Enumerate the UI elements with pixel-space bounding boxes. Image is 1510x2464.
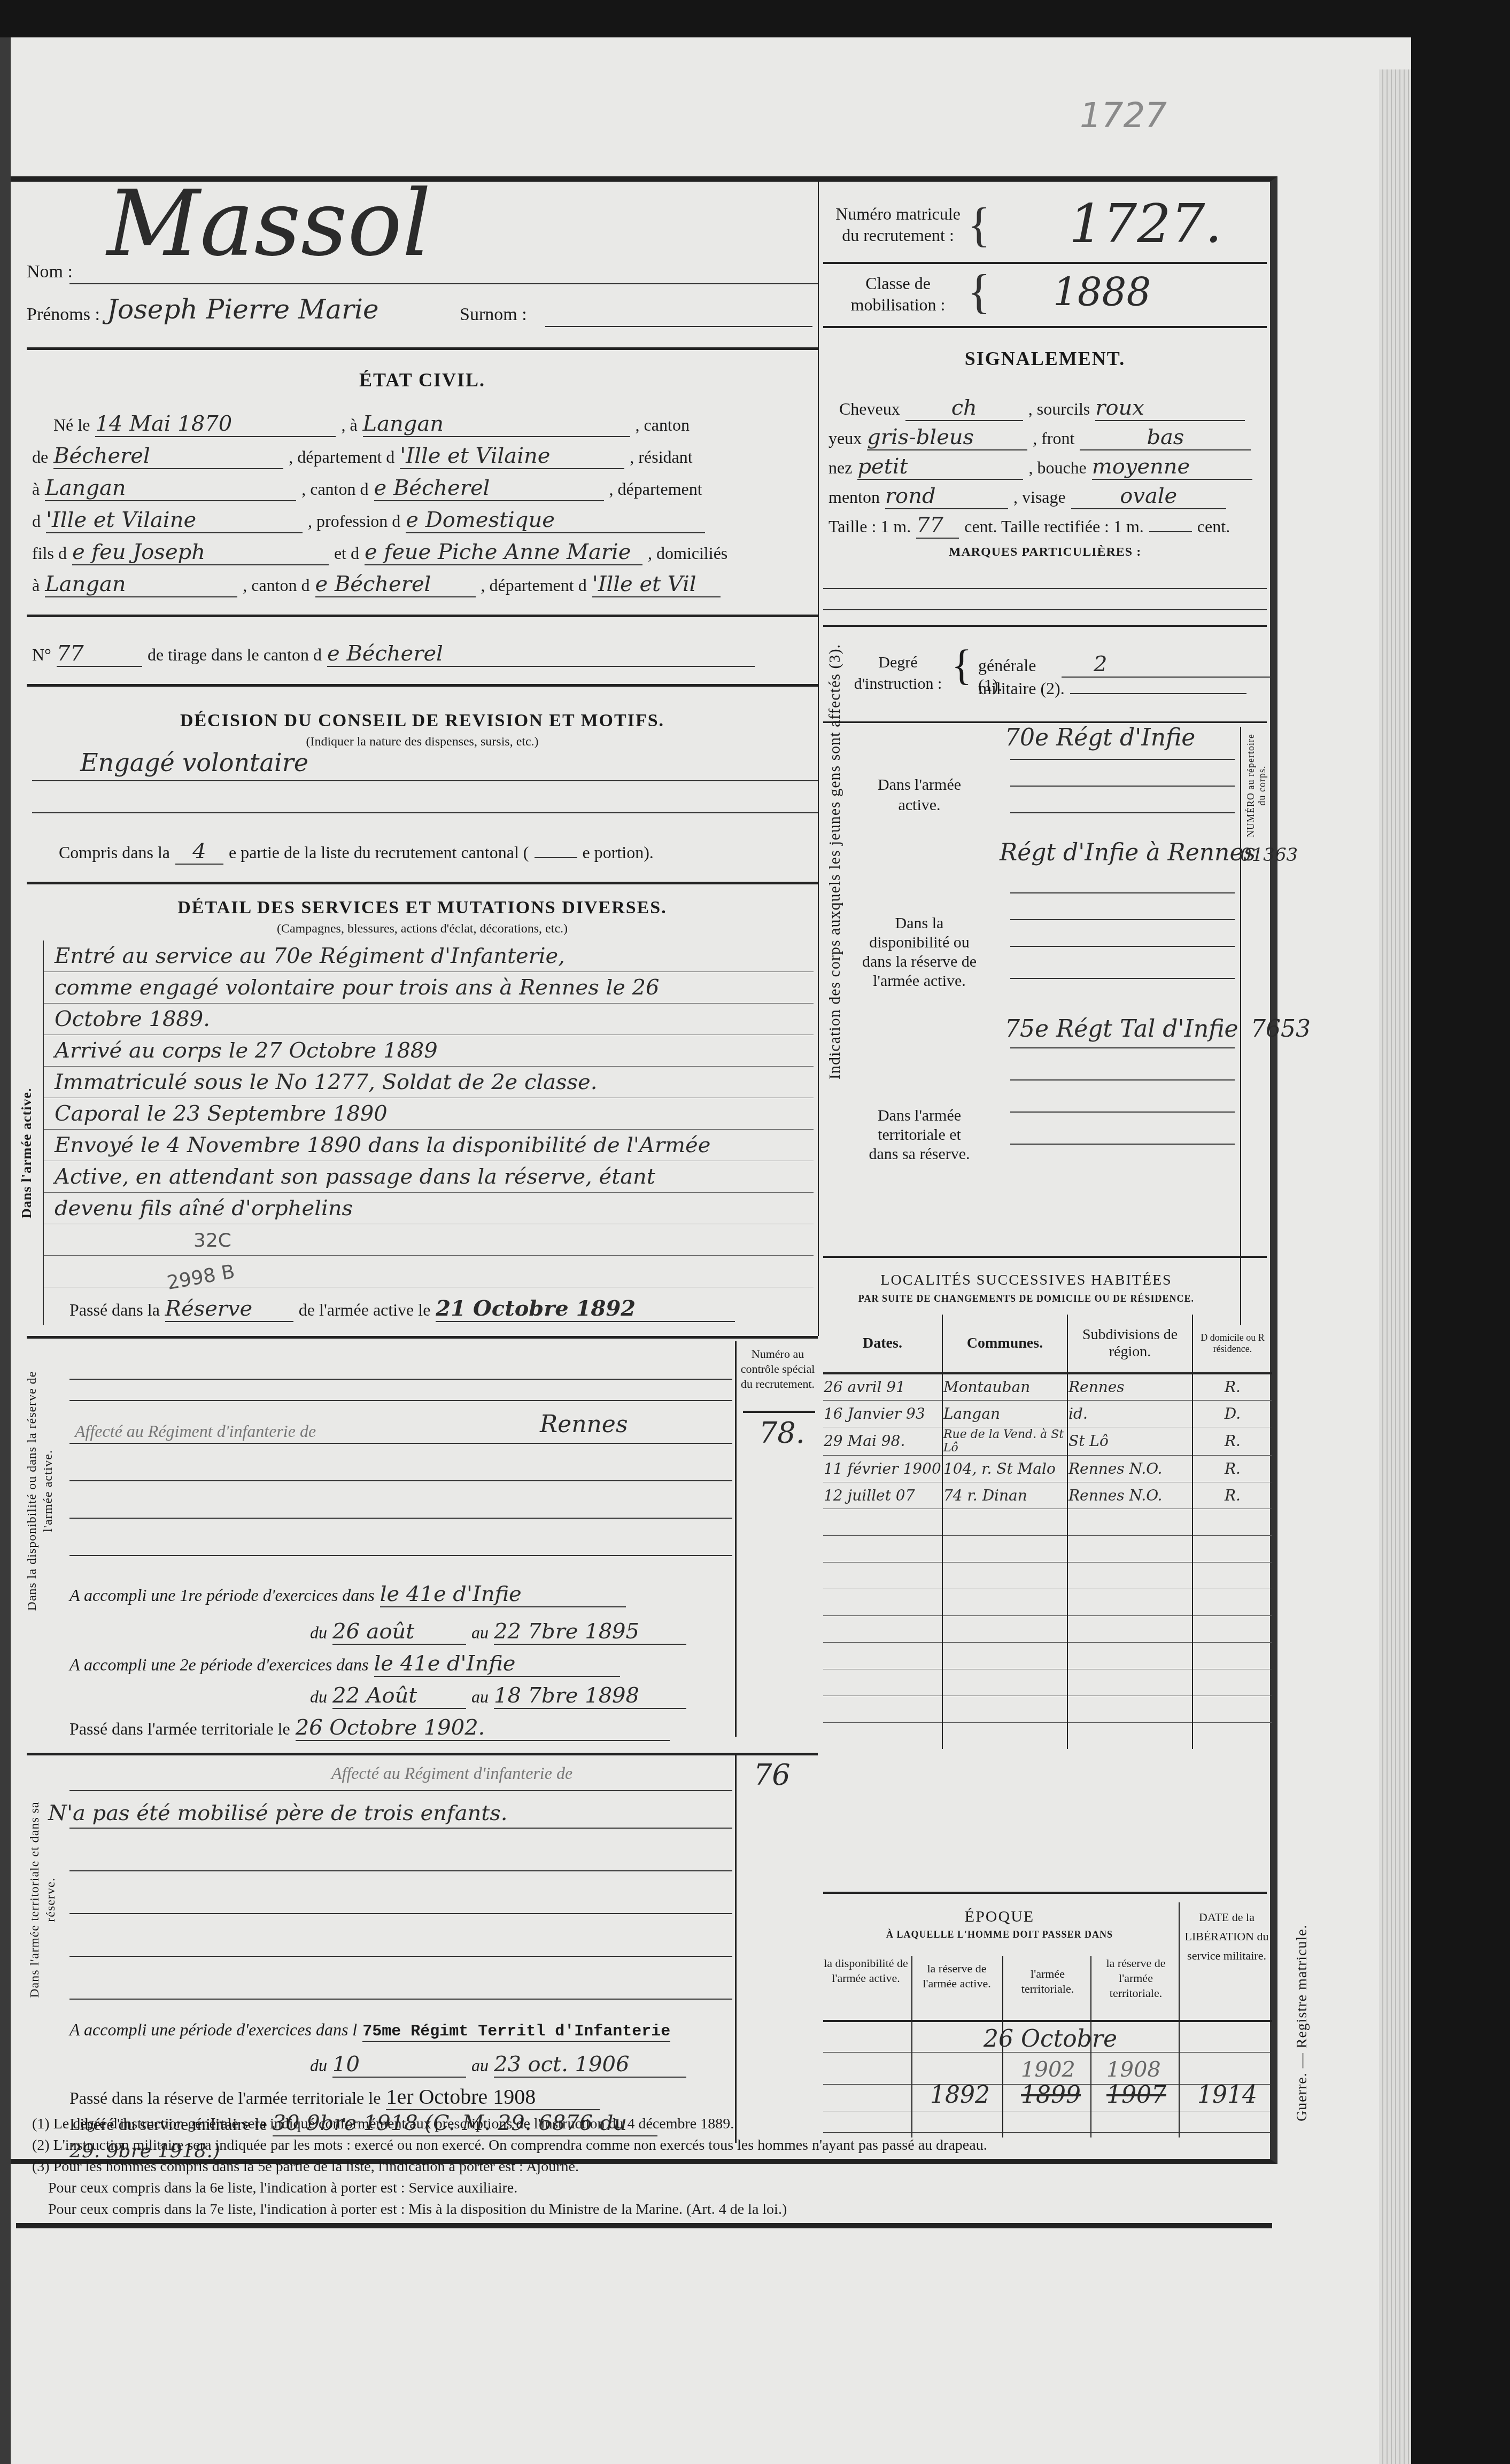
- parents-row: fils d e feu Joseph et d e feue Piche An…: [32, 540, 727, 565]
- service-line: Envoyé le 4 Novembre 1890 dans la dispon…: [44, 1130, 814, 1161]
- du-value: 10: [332, 2052, 466, 2078]
- nom-value: Massol: [107, 171, 431, 277]
- rule-line: [69, 1443, 732, 1444]
- taille-value: 77: [916, 513, 959, 539]
- du-label: du: [310, 2056, 327, 2076]
- dr-cell: R.: [1192, 1373, 1272, 1400]
- epoque-col-header: l'armée territoriale.: [1005, 1966, 1090, 1996]
- departement3-value: 'Ille et Vil: [592, 572, 721, 597]
- dr-cell: R.: [1192, 1455, 1272, 1482]
- passe-reserve-row: Passé dans la Réserve de l'armée active …: [69, 1296, 735, 1322]
- footnote: (1) Le degré d'instruction générale sera…: [32, 2113, 1261, 2135]
- departement-label: , département d: [289, 447, 394, 467]
- corps-row-value: Régt d'Infie à Rennes: [1000, 839, 1256, 866]
- divider: [27, 615, 818, 617]
- epoque-col-header: la réserve de l'armée territoriale.: [1093, 1956, 1179, 2001]
- rule-line: [69, 1518, 732, 1519]
- canton-value: Bécherel: [53, 444, 283, 469]
- mere-label: et d: [334, 543, 359, 563]
- periode2-dates-row: du 22 Août au 18 7bre 1898: [310, 1683, 686, 1709]
- epoque-col-header: la réserve de l'armée active.: [914, 1961, 1000, 1991]
- commune-cell: Rue de la Vend. à St Lô: [942, 1427, 1067, 1455]
- corps-row-label: Dans la disponibilité ou dans la réserve…: [861, 914, 978, 991]
- nom-label: Nom :: [27, 262, 73, 282]
- cheveux-value: ch: [905, 395, 1023, 421]
- page-edges: [1379, 69, 1411, 2464]
- localites-subtitle: PAR SUITE DE CHANGEMENTS DE DOMICILE OU …: [823, 1293, 1229, 1304]
- localites-title: LOCALITÉS SUCCESSIVES HABITÉES: [823, 1272, 1229, 1289]
- epoque-cell: 1892: [930, 2081, 990, 2109]
- rule-line: [69, 1999, 732, 2000]
- rule-line: [69, 1913, 732, 1914]
- commune-cell: Langan: [942, 1400, 1067, 1427]
- no-label: N°: [32, 645, 51, 665]
- rule-line: [823, 588, 1267, 589]
- col-divider: [735, 1341, 737, 1737]
- subdivision-cell: St Lô: [1067, 1427, 1192, 1455]
- rule-line: [69, 1870, 732, 1871]
- surnom-label: Surnom :: [460, 305, 527, 325]
- visage-value: ovale: [1071, 484, 1226, 509]
- prenoms-label: Prénoms :: [27, 305, 100, 325]
- passe-suffix: de l'armée active le: [299, 1300, 431, 1320]
- departement3-label: , département d: [481, 576, 587, 595]
- compris-value: 4: [175, 839, 223, 865]
- decision-value: Engagé volontaire: [80, 748, 308, 777]
- periode2-value: le 41e d'Infie: [374, 1651, 620, 1677]
- localite-row: 16 Janvier 93 Langan id. D.: [823, 1400, 1272, 1427]
- date-cell: 16 Janvier 93: [823, 1400, 942, 1427]
- service-line: comme engagé volontaire pour trois ans à…: [44, 972, 814, 1004]
- service-line: Active, en attendant son passage dans la…: [44, 1161, 814, 1193]
- au-label: au: [471, 1623, 489, 1643]
- instruction-label: Degré d'instruction :: [850, 652, 946, 695]
- taille-row: Taille : 1 m. 77 cent. Taille rectifiée …: [828, 513, 1230, 539]
- periode1-au: 22 7bre 1895: [494, 1619, 686, 1645]
- col-divider: [735, 1755, 737, 2143]
- periode2-row: A accompli une 2e période d'exercices da…: [69, 1651, 620, 1677]
- col-divider: [911, 1956, 912, 2137]
- col-header: Subdivisions de région.: [1067, 1315, 1192, 1373]
- date-cell: 26 avril 91: [823, 1373, 942, 1400]
- territoriale-note: N'a pas été mobilisé père de trois enfan…: [48, 1801, 508, 1825]
- numero-label: Numéro matricule du recrutement :: [834, 203, 962, 246]
- du-label: du: [310, 1623, 327, 1643]
- subdivision-cell: id.: [1067, 1400, 1192, 1427]
- departement2-value: 'Ille et Vilaine: [46, 508, 303, 533]
- classe-value: 1888: [1053, 270, 1151, 315]
- corps-row-value: 70e Régt d'Infie: [1005, 724, 1195, 751]
- col-header: Communes.: [942, 1315, 1067, 1373]
- rule-line: [69, 1379, 732, 1380]
- yeux-label: yeux: [828, 429, 862, 448]
- footnote: (2) L'instruction militaire sera indiqué…: [32, 2135, 1261, 2156]
- instruction-militaire: militaire (2).: [978, 679, 1246, 698]
- epoque-span-value: 26 Octobre: [984, 2025, 1117, 2053]
- header-rule: [823, 2020, 1272, 2022]
- bouche-value: moyenne: [1092, 454, 1252, 480]
- yeux-row: yeux gris-bleus , front bas: [828, 425, 1251, 450]
- pencil-number: 1727: [1080, 96, 1167, 136]
- militaire-value: [1070, 693, 1246, 694]
- divider: [823, 1256, 1267, 1258]
- epoque-subtitle: À LAQUELLE L'HOMME DOIT PASSER DANS: [823, 1929, 1176, 1940]
- rule-line: [823, 2052, 1272, 2053]
- profession-label: , profession d: [308, 511, 400, 531]
- controle-header: Numéro au contrôle spécial du recrutemen…: [738, 1347, 818, 1392]
- pere-value: e feu Joseph: [72, 540, 329, 565]
- reserve-value: 1er Octobre 1908: [386, 2084, 600, 2110]
- departement2-label: , département: [609, 479, 702, 499]
- menton-row: menton rond , visage ovale: [828, 484, 1226, 509]
- compris-suffix: e partie de la liste du recrutement cant…: [229, 843, 529, 862]
- localite-row: 29 Mai 98. Rue de la Vend. à St Lô St Lô…: [823, 1427, 1272, 1455]
- yeux-value: gris-bleus: [867, 425, 1027, 450]
- portion-blank: [535, 857, 577, 858]
- decision-line: [32, 812, 818, 813]
- brace: {: [967, 265, 990, 320]
- periode2-au: 18 7bre 1898: [494, 1683, 686, 1709]
- taille-rectifiee: [1149, 531, 1192, 532]
- sourcils-value: roux: [1095, 395, 1245, 421]
- disponibilite-vertical-label: Dans la disponibilité ou dans la réserve…: [24, 1363, 56, 1619]
- canton2-value: e Bécherel: [374, 476, 604, 501]
- domicile-prefix: à: [32, 576, 40, 595]
- commune-cell: 104, r. St Malo: [942, 1455, 1067, 1482]
- lieu-naissance: Langan: [363, 411, 630, 437]
- reserve-label: Passé dans la réserve de l'armée territo…: [69, 2088, 381, 2108]
- territoriale-label: Passé dans l'armée territoriale le: [69, 1719, 290, 1739]
- corps-row-label: Dans l'armée active.: [866, 775, 973, 815]
- dr-cell: R.: [1192, 1482, 1272, 1509]
- departement-value: 'Ille et Vilaine: [400, 444, 624, 469]
- column-divider: [818, 182, 819, 1336]
- tirage-canton: e Bécherel: [327, 641, 755, 667]
- taille-rect-suffix: cent.: [1197, 517, 1230, 537]
- canton3-value: e Bécherel: [315, 572, 476, 597]
- services-lines: Entré au service au 70e Régiment d'Infan…: [43, 940, 814, 1325]
- service-line: Arrivé au corps le 27 Octobre 1889: [44, 1035, 814, 1067]
- decision-subtitle: (Indiquer la nature des dispenses, sursi…: [27, 735, 818, 749]
- header-rule: [743, 1411, 815, 1413]
- rule-line: [1010, 812, 1235, 813]
- epoque-cell-struck: 1907: [1106, 2081, 1166, 2109]
- rule-line: [1010, 1144, 1235, 1145]
- periode1-du: 26 août: [332, 1619, 466, 1645]
- rule-line: [69, 1400, 732, 1401]
- footnote: Pour ceux compris dans la 7e liste, l'in…: [32, 2199, 1261, 2220]
- marques-label: MARQUES PARTICULIÈRES :: [823, 545, 1267, 559]
- menton-value: rond: [885, 484, 1008, 509]
- a-label: , à: [341, 415, 357, 435]
- generale-value: 2: [1062, 652, 1270, 678]
- du-label: du: [310, 1687, 327, 1707]
- domicile-value: Langan: [45, 572, 237, 597]
- localite-row: 12 juillet 07 74 r. Dinan Rennes N.O. R.: [823, 1482, 1272, 1509]
- profession-row: d 'Ille et Vilaine , profession d e Dome…: [32, 508, 705, 533]
- periode2-du: 22 Août: [332, 1683, 466, 1709]
- services-subtitle: (Campagnes, blessures, actions d'éclat, …: [27, 922, 818, 936]
- residence-prefix: à: [32, 479, 40, 499]
- reserve-territoriale-row: Passé dans la réserve de l'armée territo…: [69, 2084, 600, 2110]
- subdivision-cell: Rennes: [1067, 1373, 1192, 1400]
- rule-line: [1010, 919, 1235, 920]
- passe-value: Réserve: [165, 1296, 293, 1322]
- territoriale-affecte-text: Affecté au Régiment d'infanterie de: [331, 1763, 572, 1783]
- divider: [27, 347, 818, 350]
- corps-row-value: 75e Régt Tal d'Infie: [1005, 1015, 1238, 1043]
- corps-vertical-label: Indication des corps auxquels les jeunes…: [826, 644, 844, 1079]
- liberation-header: DATE de la LIBÉRATION du service militai…: [1181, 1908, 1272, 1965]
- signalement-title: SIGNALEMENT.: [823, 347, 1267, 370]
- prenoms-value: Joseph Pierre Marie: [107, 294, 379, 325]
- book-spine: [0, 37, 11, 2464]
- portion-suffix: e portion).: [583, 843, 654, 862]
- ne-le-value: 14 Mai 1870: [95, 411, 336, 437]
- rule-line: [1010, 892, 1235, 893]
- commune-cell: Montauban: [942, 1373, 1067, 1400]
- corps-row-numero: 7653: [1251, 1015, 1311, 1043]
- service-line: Immatriculé sous le No 1277, Soldat de 2…: [44, 1067, 814, 1098]
- subdivision-cell: Rennes N.O.: [1067, 1455, 1192, 1482]
- passe-date: 21 Octobre 1892: [436, 1296, 735, 1322]
- residence-value: Langan: [45, 476, 296, 501]
- naissance-row: Né le 14 Mai 1870 , à Langan , canton: [53, 411, 690, 437]
- rule-line: [69, 1480, 732, 1481]
- affecte-value: Rennes: [540, 1411, 628, 1438]
- fils-label: fils d: [32, 543, 67, 563]
- divider: [823, 721, 1267, 723]
- mere-value: e feue Piche Anne Marie: [365, 540, 642, 565]
- divider: [823, 262, 1267, 264]
- territoriale-value: 26 Octobre 1902.: [296, 1715, 670, 1741]
- subdivision-cell: Rennes N.O.: [1067, 1482, 1192, 1509]
- departement2-prefix: d: [32, 511, 41, 531]
- divider: [823, 625, 1267, 627]
- rule-line: [823, 609, 1267, 610]
- canton3-label: , canton d: [243, 576, 309, 595]
- dr-cell: R.: [1192, 1427, 1272, 1455]
- residant-label: , résidant: [630, 447, 692, 467]
- taille-label: Taille : 1 m.: [828, 517, 911, 537]
- divider: [27, 1336, 818, 1339]
- numero-repertoire-header: NUMÉRO au répertoire du corps.: [1245, 732, 1268, 839]
- periode-label: A accompli une période d'exercices dans …: [69, 2020, 357, 2040]
- col-header: Dates.: [823, 1315, 942, 1373]
- domicile-row: à Langan , canton d e Bécherel , départe…: [32, 572, 721, 597]
- localite-row: 26 avril 91 Montauban Rennes R.: [823, 1373, 1272, 1400]
- rule-line: [1010, 978, 1235, 979]
- periode1-row: A accompli une 1re période d'exercices d…: [69, 1582, 626, 1607]
- epoque-col-header: la disponibilité de l'armée active.: [823, 1956, 909, 1986]
- rule-line: [823, 2111, 1272, 2111]
- divider: [27, 684, 818, 687]
- ne-le-label: Né le: [53, 415, 90, 435]
- date-cell: 12 juillet 07: [823, 1482, 942, 1509]
- tirage-row: N° 77 de tirage dans le canton d e Béche…: [32, 641, 755, 667]
- divider: [823, 1892, 1267, 1894]
- pencil-note: 2998 B: [165, 1261, 236, 1294]
- etat-civil-title: ÉTAT CIVIL.: [27, 369, 818, 391]
- decision-line: [32, 780, 818, 781]
- compris-row: Compris dans la 4 e partie de la liste d…: [59, 839, 654, 865]
- service-line-blank: 2998 B: [44, 1256, 814, 1287]
- sourcils-label: , sourcils: [1028, 399, 1090, 419]
- epoque-cell: 1902: [1021, 2057, 1075, 2082]
- territoriale-passage-row: Passé dans l'armée territoriale le 26 Oc…: [69, 1715, 670, 1741]
- rule-line: [1010, 946, 1235, 947]
- periode1-label: A accompli une 1re période d'exercices d…: [69, 1585, 375, 1605]
- numero-value: 1727.: [1069, 192, 1222, 255]
- rule-line: [1010, 786, 1235, 787]
- localites-table: Dates. Communes. Subdivisions de région.…: [823, 1315, 1272, 1749]
- divider: [823, 326, 1267, 328]
- footnote: Pour ceux compris dans la 6e liste, l'in…: [32, 2178, 1261, 2199]
- nez-label: nez: [828, 458, 852, 478]
- corps-row-label: Dans l'armée territoriale et dans sa rés…: [866, 1106, 973, 1164]
- footnote: (3) Pour les hommes compris dans la 5e p…: [32, 2156, 1261, 2178]
- residence-row: à Langan , canton d e Bécherel , départe…: [32, 476, 702, 501]
- brace: {: [951, 641, 972, 690]
- domicilies-label: , domiciliés: [648, 543, 727, 563]
- nez-row: nez petit , bouche moyenne: [828, 454, 1252, 480]
- brace: {: [967, 198, 990, 253]
- epoque-cell-struck: 1899: [1021, 2081, 1081, 2109]
- rule-line: [69, 1790, 732, 1791]
- classe-label: Classe de mobilisation :: [834, 273, 962, 315]
- surnom-line: [545, 326, 812, 327]
- rule-line: [1010, 759, 1235, 760]
- territoriale-number: 76: [754, 1758, 791, 1792]
- rule-line: [69, 1828, 732, 1829]
- matricule-form: Nom : Massol Prénoms : Joseph Pierre Mar…: [11, 176, 1277, 2164]
- canton-prefix: de: [32, 447, 48, 467]
- bottom-border: [16, 2223, 1272, 2228]
- front-value: bas: [1080, 425, 1251, 450]
- periode-territoriale-dates: du 10 au 23 oct. 1906: [310, 2052, 686, 2078]
- au-value: 23 oct. 1906: [494, 2052, 686, 2078]
- divider: [27, 882, 818, 884]
- divider: [27, 1753, 818, 1755]
- services-vertical-label: Dans l'armée active.: [19, 1087, 35, 1218]
- periode-value-stamp: 75me Régimt Territl d'Infanterie: [362, 2023, 670, 2042]
- services-title: DÉTAIL DES SERVICES ET MUTATIONS DIVERSE…: [27, 898, 818, 918]
- service-line: Caporal le 23 Septembre 1890: [44, 1098, 814, 1130]
- col-divider: [1240, 727, 1241, 1325]
- commune-cell: 74 r. Dinan: [942, 1482, 1067, 1509]
- rule-line: [69, 1956, 732, 1957]
- service-line: Entré au service au 70e Régiment d'Infan…: [44, 940, 814, 972]
- service-line-blank: 32C: [44, 1224, 814, 1256]
- passe-label: Passé dans la: [69, 1300, 160, 1320]
- periode1-dates-row: du 26 août au 22 7bre 1895: [310, 1619, 686, 1645]
- localite-row: 11 février 1900 104, r. St Malo Rennes N…: [823, 1455, 1272, 1482]
- register-page: 1727 Nom : Massol Prénoms : Joseph Pierr…: [0, 37, 1411, 2464]
- controle-number: 78.: [759, 1416, 805, 1450]
- side-caption: Guerre. — Registre matricule.: [1294, 1924, 1311, 2121]
- tirage-label: de tirage dans le canton d: [148, 645, 322, 665]
- nom-line: [69, 283, 818, 284]
- periode1-value: le 41e d'Infie: [380, 1582, 626, 1607]
- footnotes: (1) Le degré d'instruction générale sera…: [32, 2113, 1261, 2220]
- au-label: au: [471, 2056, 489, 2076]
- rule-line: [1010, 1111, 1235, 1113]
- rule-line: [1010, 1047, 1235, 1048]
- epoque-cell: 1908: [1106, 2057, 1161, 2082]
- date-cell: 11 février 1900: [823, 1455, 942, 1482]
- canton2-label: , canton d: [301, 479, 368, 499]
- nez-value: petit: [857, 454, 1023, 480]
- dr-cell: D.: [1192, 1400, 1272, 1427]
- front-label: , front: [1033, 429, 1074, 448]
- periode2-label: A accompli une 2e période d'exercices da…: [69, 1655, 369, 1675]
- profession-value: e Domestique: [406, 508, 705, 533]
- menton-label: menton: [828, 487, 880, 507]
- liberation-value: 1914: [1197, 2081, 1257, 2109]
- affecte-text: Affecté au Régiment d'infanterie de: [75, 1421, 316, 1441]
- bouche-label: , bouche: [1028, 458, 1086, 478]
- militaire-label: militaire (2).: [978, 679, 1065, 698]
- col-header: D domicile ou R résidence.: [1192, 1315, 1272, 1373]
- cheveux-row: Cheveux ch , sourcils roux: [839, 395, 1245, 421]
- periode-territoriale-row: A accompli une période d'exercices dans …: [69, 2020, 670, 2042]
- canton-label: , canton: [636, 415, 690, 435]
- service-line: devenu fils aîné d'orphelins: [44, 1193, 814, 1224]
- compris-label: Compris dans la: [59, 843, 170, 862]
- cheveux-label: Cheveux: [839, 399, 900, 419]
- tirage-number: 77: [57, 641, 142, 667]
- corps-row-numero: 01363: [1240, 844, 1298, 866]
- epoque-title: ÉPOQUE: [823, 1908, 1176, 1926]
- au-label: au: [471, 1687, 489, 1707]
- decision-title: DÉCISION DU CONSEIL DE REVISION ET MOTIF…: [27, 711, 818, 731]
- pencil-note: 32C: [193, 1230, 231, 1252]
- rule-line: [69, 1555, 732, 1556]
- rule-line: [1010, 1079, 1235, 1081]
- taille-suffix: cent. Taille rectifiée : 1 m.: [964, 517, 1144, 537]
- departement-row: de Bécherel , département d 'Ille et Vil…: [32, 444, 693, 469]
- visage-label: , visage: [1013, 487, 1066, 507]
- date-cell: 29 Mai 98.: [823, 1427, 942, 1455]
- service-line: Octobre 1889.: [44, 1004, 814, 1035]
